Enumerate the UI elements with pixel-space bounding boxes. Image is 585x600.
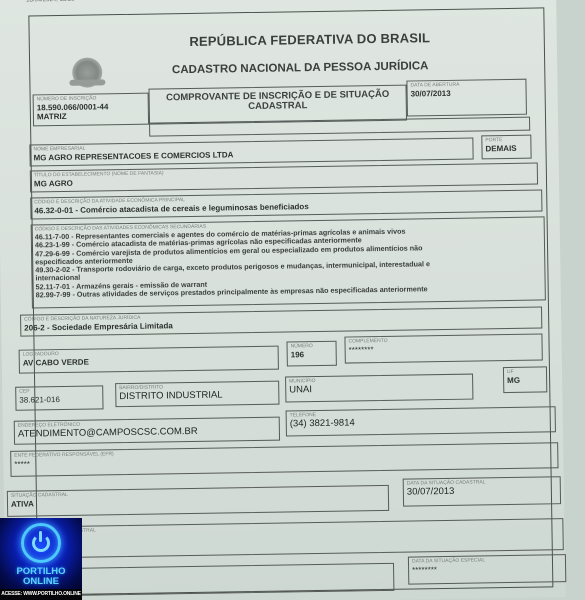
bairro-value: DISTRITO INDUSTRIAL bbox=[119, 390, 275, 401]
abertura-value: 30/07/2013 bbox=[411, 88, 523, 99]
municipio-value: UNAI bbox=[289, 383, 469, 395]
portilho-online-watermark: PORTILHO ONLINE ACESSE: WWW.PORTILHO.ONL… bbox=[0, 518, 82, 600]
email-field: ENDEREÇO ELETRÔNICO ATENDIMENTO@CAMPOSCS… bbox=[14, 417, 280, 445]
complemento-field: COMPLEMENTO ******** bbox=[344, 333, 542, 363]
uf-value: MG bbox=[507, 375, 543, 385]
situacao-field: SITUAÇÃO CADASTRAL ATIVA bbox=[7, 485, 389, 517]
watermark-name: PORTILHO ONLINE bbox=[0, 567, 82, 587]
porte-field: PORTE DEMAIS bbox=[481, 135, 531, 160]
print-timestamp: 18/04/2024, 13:26 bbox=[26, 0, 74, 4]
header-subtitle: CADASTRO NACIONAL DA PESSOA JURÍDICA bbox=[150, 60, 450, 77]
efr-field: ENTE FEDERATIVO RESPONSÁVEL (EFR) ***** bbox=[10, 442, 558, 477]
data-situacao-value: 30/07/2013 bbox=[407, 485, 557, 496]
bairro-field: BAIRRO/DISTRITO DISTRITO INDUSTRIAL bbox=[115, 381, 279, 408]
email-value: ATENDIMENTO@CAMPOSCSC.COM.BR bbox=[18, 426, 276, 439]
atividades-secundarias-field: CÓDIGO E DESCRIÇÃO DAS ATIVIDADES ECONÔM… bbox=[31, 216, 546, 308]
inscricao-type: MATRIZ bbox=[37, 111, 145, 122]
logradouro-field: LOGRADOURO AV CABO VERDE bbox=[19, 346, 279, 374]
numero-value: 196 bbox=[291, 350, 333, 360]
watermark-name-line2: ONLINE bbox=[0, 577, 82, 587]
motivo-label: MOTIVO DE SITUAÇÃO CADASTRAL bbox=[9, 520, 559, 536]
natureza-juridica-field: CÓDIGO E DESCRIÇÃO DA NATUREZA JURÍDICA … bbox=[20, 306, 542, 336]
atividade-principal-field: CÓDIGO E DESCRIÇÃO DA ATIVIDADE ECONÔMIC… bbox=[30, 189, 542, 219]
data-situacao-especial-field: DATA DA SITUAÇÃO ESPECIAL ******** bbox=[408, 554, 566, 584]
data-situacao-field: DATA DA SITUAÇÃO CADASTRAL 30/07/2013 bbox=[403, 476, 561, 506]
telefone-field: TELEFONE (34) 3821-9814 bbox=[286, 406, 556, 436]
abertura-field: DATA DE ABERTURA 30/07/2013 bbox=[406, 79, 527, 117]
cep-field: CEP 38.621-016 bbox=[15, 385, 103, 410]
data-situacao-especial-value: ******** bbox=[412, 563, 562, 574]
nome-fantasia-field: TÍTULO DO ESTABELECIMENTO (NOME DE FANTA… bbox=[30, 163, 538, 193]
uf-field: UF MG bbox=[503, 366, 547, 393]
telefone-value: (34) 3821-9814 bbox=[290, 415, 552, 428]
watermark-url: ACESSE: WWW.PORTILHO.ONLINE bbox=[0, 589, 82, 600]
inscricao-field: NÚMERO DE INSCRIÇÃO 18.590.066/0001-44 M… bbox=[33, 93, 149, 127]
nome-empresarial-field: NOME EMPRESARIAL MG AGRO REPRESENTACOES … bbox=[29, 138, 473, 167]
power-button-icon bbox=[21, 523, 61, 563]
brazil-coat-of-arms-icon bbox=[72, 57, 102, 87]
porte-value: DEMAIS bbox=[485, 144, 527, 154]
numero-field: NÚMERO 196 bbox=[286, 341, 336, 367]
cnpj-card-frame: REPÚBLICA FEDERATIVA DO BRASIL CADASTRO … bbox=[28, 7, 553, 595]
header-title: REPÚBLICA FEDERATIVA DO BRASIL bbox=[180, 30, 440, 49]
motivo-field: MOTIVO DE SITUAÇÃO CADASTRAL bbox=[5, 518, 563, 559]
document-sheet: 18/04/2024, 13:26 REPÚBLICA FEDERATIVA D… bbox=[0, 0, 566, 600]
cep-value: 38.621-016 bbox=[19, 394, 99, 404]
municipio-field: MUNICÍPIO UNAI bbox=[285, 374, 473, 403]
